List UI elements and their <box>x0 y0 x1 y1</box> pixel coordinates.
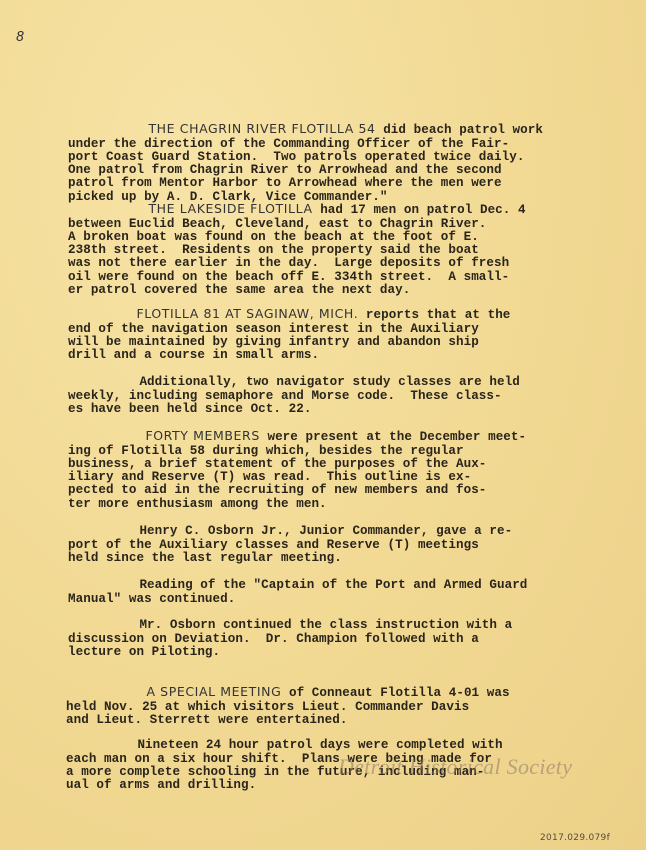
paragraph-lakeside: THE LAKESIDE FLOTILLA had 17 men on patr… <box>68 189 568 297</box>
text-line: pected to aid in the recruiting of new m… <box>68 483 486 497</box>
text-line: Reading of the "Captain of the Port and … <box>139 578 527 592</box>
paragraph-forty-members: FORTY MEMBERS were present at the Decemb… <box>68 416 568 511</box>
paragraph-special-meeting: A SPECIAL MEETING of Conneaut Flotilla 4… <box>66 672 566 727</box>
text-line: iliary and Reserve (T) was read. This ou… <box>68 470 471 484</box>
text-line: will be maintained by giving infantry an… <box>68 335 479 349</box>
paragraph-navigator-classes: Additionally, two navigator study classe… <box>68 363 568 416</box>
page-number: 8 <box>16 30 24 45</box>
text-line: discussion on Deviation. Dr. Champion fo… <box>68 632 479 646</box>
text-line: One patrol from Chagrin River to Arrowhe… <box>68 163 502 177</box>
paragraph-class-instruction: Mr. Osborn continued the class instructi… <box>68 606 568 659</box>
text-line: Manual" was continued. <box>68 592 235 606</box>
text-line: did beach patrol work <box>376 123 543 137</box>
text-line: between Euclid Beach, Cleveland, east to… <box>68 217 486 231</box>
text-line: es have been held since Oct. 22. <box>68 402 311 416</box>
text-line: ual of arms and drilling. <box>66 778 256 792</box>
text-line: of Conneaut Flotilla 4-01 was <box>281 686 509 700</box>
watermark: Detroit Historical Society <box>338 754 572 780</box>
text-line: held since the last regular meeting. <box>68 551 342 565</box>
text-line: 238th street. Residents on the property … <box>68 243 479 257</box>
text-line: Henry C. Osborn Jr., Junior Commander, g… <box>139 524 512 538</box>
text-line: and Lieut. Sterrett were entertained. <box>66 713 347 727</box>
document-page: 8 THE CHAGRIN RIVER FLOTILLA 54 did beac… <box>0 0 646 850</box>
text-line: port Coast Guard Station. Two patrols op… <box>68 150 524 164</box>
text-line: were present at the December meet- <box>260 430 526 444</box>
text-line: ing of Flotilla 58 during which, besides… <box>68 444 464 458</box>
text-line: oil were found on the beach off E. 334th… <box>68 270 509 284</box>
paragraph-heading: FLOTILLA 81 AT SAGINAW, MICH. <box>136 306 358 321</box>
text-line: ter more enthusiasm among the men. <box>68 497 327 511</box>
paragraph-manual-reading: Reading of the "Captain of the Port and … <box>68 566 568 606</box>
text-line: Nineteen 24 hour patrol days were comple… <box>137 738 502 752</box>
text-line: Mr. Osborn continued the class instructi… <box>139 618 512 632</box>
paragraph-heading: THE LAKESIDE FLOTILLA <box>148 201 312 216</box>
text-line: port of the Auxiliary classes and Reserv… <box>68 538 479 552</box>
text-line: was not there earlier in the day. Large … <box>68 256 509 270</box>
text-line: A broken boat was found on the beach at … <box>68 230 479 244</box>
text-line: business, a brief statement of the purpo… <box>68 457 486 471</box>
text-line: weekly, including semaphore and Morse co… <box>68 389 502 403</box>
text-line: Additionally, two navigator study classe… <box>139 375 519 389</box>
text-line: had 17 men on patrol Dec. 4 <box>313 203 526 217</box>
text-line: lecture on Piloting. <box>68 645 220 659</box>
text-line: end of the navigation season interest in… <box>68 322 479 336</box>
paragraph-saginaw: FLOTILLA 81 AT SAGINAW, MICH. reports th… <box>68 294 568 362</box>
paragraph-heading: A SPECIAL MEETING <box>146 684 281 699</box>
text-line: under the direction of the Commanding Of… <box>68 137 509 151</box>
text-line: drill and a course in small arms. <box>68 348 319 362</box>
paragraph-heading: THE CHAGRIN RIVER FLOTILLA 54 <box>148 121 375 136</box>
paragraph-osborn-report: Henry C. Osborn Jr., Junior Commander, g… <box>68 512 568 565</box>
text-line: reports that at the <box>358 308 510 322</box>
paragraph-heading: FORTY MEMBERS <box>145 428 259 443</box>
accession-number: 2017.029.079f <box>540 833 610 843</box>
text-line: held Nov. 25 at which visitors Lieut. Co… <box>66 700 469 714</box>
